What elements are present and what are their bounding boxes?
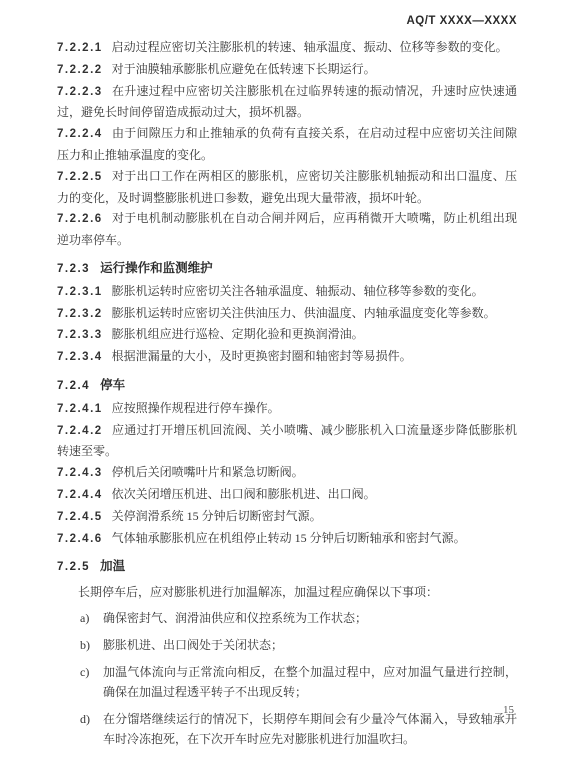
- section-heading-title: 运行操作和监测维护: [100, 261, 213, 275]
- list-item-label: d): [80, 709, 103, 749]
- clause-number: 7.2.4.1: [57, 403, 103, 415]
- clause: 7.2.3.4根据泄漏量的大小，及时更换密封圈和轴密封等易损件。: [57, 346, 517, 368]
- clause: 7.2.3.1膨胀机运转时应密切关注各轴承温度、轴振动、轴位移等参数的变化。: [57, 281, 517, 303]
- clause-text: 由于间隙压力和止推轴承的负荷有直接关系，在启动过程中应密切关注间隙压力和止推轴承…: [57, 126, 517, 162]
- clause-number: 7.2.4.2: [57, 425, 103, 437]
- page-number: 15: [503, 703, 514, 717]
- clause-text: 依次关闭增压机进、出口阀和膨胀机进、出口阀。: [112, 487, 376, 501]
- document-page: AQ/T XXXX—XXXX 7.2.2.1启动过程应密切关注膨胀机的转速、轴承…: [0, 0, 574, 778]
- list-item: a) 确保密封气、润滑油供应和仪控系统为工作状态；: [80, 608, 517, 628]
- clause: 7.2.4.5关停润滑系统 15 分钟后切断密封气源。: [57, 506, 517, 528]
- clause: 7.2.4.1应按照操作规程进行停车操作。: [57, 398, 517, 420]
- section-heading-number: 7.2.3: [57, 263, 90, 275]
- clause-number: 7.2.2.2: [57, 64, 103, 76]
- list-item-text: 确保密封气、润滑油供应和仪控系统为工作状态；: [103, 608, 517, 628]
- clause-number: 7.2.3.2: [57, 308, 103, 320]
- clause: 7.2.4.4依次关闭增压机进、出口阀和膨胀机进、出口阀。: [57, 484, 517, 506]
- clause-number: 7.2.2.5: [57, 171, 103, 183]
- clause: 7.2.2.3在升速过程中应密切关注膨胀机在过临界转速的振动情况，升速时应快速通…: [57, 81, 517, 124]
- section-heading: 7.2.4停车: [57, 375, 517, 397]
- clause-text: 对于电机制动膨胀机在自动合闸并网后，应再稍微开大喷嘴，防止机组出现逆功率停车。: [57, 211, 517, 247]
- clause-number: 7.2.2.1: [57, 42, 103, 54]
- clause: 7.2.4.3停机后关闭喷嘴叶片和紧急切断阀。: [57, 462, 517, 484]
- clause: 7.2.2.5对于出口工作在两相区的膨胀机，应密切关注膨胀机轴振动和出口温度、压…: [57, 166, 517, 209]
- clause-text: 对于出口工作在两相区的膨胀机，应密切关注膨胀机轴振动和出口温度、压力的变化，及时…: [57, 169, 517, 205]
- clause-text: 根据泄漏量的大小，及时更换密封圈和轴密封等易损件。: [112, 349, 412, 363]
- clause: 7.2.3.2膨胀机运转时应密切关注供油压力、供油温度、内轴承温度变化等参数。: [57, 303, 517, 325]
- clause-number: 7.2.4.6: [57, 533, 103, 545]
- section-heading: 7.2.5加温: [57, 556, 517, 578]
- list-item-label: a): [80, 608, 103, 628]
- clause-number: 7.2.4.5: [57, 511, 103, 523]
- clause-number: 7.2.4.4: [57, 489, 103, 501]
- clause-text: 应通过打开增压机回流阀、关小喷嘴、减少膨胀机入口流量逐步降低膨胀机转速至零。: [57, 423, 517, 459]
- list-item: d) 在分馏塔继续运行的情况下，长期停车期间会有少量冷气体漏入，导致轴承开车时冷…: [80, 709, 517, 749]
- clause-number: 7.2.3.1: [57, 286, 103, 298]
- list-item-text: 在分馏塔继续运行的情况下，长期停车期间会有少量冷气体漏入，导致轴承开车时冷冻抱死…: [103, 709, 517, 749]
- section-heading-number: 7.2.4: [57, 380, 90, 392]
- clause: 7.2.3.3膨胀机组应进行巡检、定期化验和更换润滑油。: [57, 324, 517, 346]
- clause-number: 7.2.2.3: [57, 86, 103, 98]
- list-item-text: 加温气体流向与正常流向相反，在整个加温过程中，应对加温气量进行控制，确保在加温过…: [103, 662, 517, 702]
- section-heading: 7.2.3运行操作和监测维护: [57, 258, 517, 280]
- clause-text: 关停润滑系统 15 分钟后切断密封气源。: [112, 509, 322, 523]
- list-intro: 长期停车后，应对膨胀机进行加温解冻，加温过程应确保以下事项：: [57, 582, 517, 603]
- clause-text: 在升速过程中应密切关注膨胀机在过临界转速的振动情况，升速时应快速通过，避免长时间…: [57, 84, 517, 120]
- list-item-label: b): [80, 635, 103, 655]
- clause-number: 7.2.4.3: [57, 467, 103, 479]
- clause: 7.2.2.4由于间隙压力和止推轴承的负荷有直接关系，在启动过程中应密切关注间隙…: [57, 123, 517, 166]
- clause-text: 膨胀机组应进行巡检、定期化验和更换润滑油。: [112, 327, 364, 341]
- list-item: b) 膨胀机进、出口阀处于关闭状态；: [80, 635, 517, 655]
- clause-text: 膨胀机运转时应密切关注供油压力、供油温度、内轴承温度变化等参数。: [112, 306, 496, 320]
- clause: 7.2.2.1启动过程应密切关注膨胀机的转速、轴承温度、振动、位移等参数的变化。: [57, 37, 517, 59]
- list-item-text: 膨胀机进、出口阀处于关闭状态；: [103, 635, 517, 655]
- clause: 7.2.4.2应通过打开增压机回流阀、关小喷嘴、减少膨胀机入口流量逐步降低膨胀机…: [57, 420, 517, 463]
- clause-number: 7.2.2.4: [57, 128, 103, 140]
- clause-text: 膨胀机运转时应密切关注各轴承温度、轴振动、轴位移等参数的变化。: [112, 284, 484, 298]
- clause-number: 7.2.3.3: [57, 329, 103, 341]
- section-heading-title: 加温: [100, 559, 125, 573]
- clause-number: 7.2.3.4: [57, 351, 103, 363]
- doc-header-code: AQ/T XXXX—XXXX: [57, 14, 517, 28]
- clause: 7.2.4.6气体轴承膨胀机应在机组停止转动 15 分钟后切断轴承和密封气源。: [57, 528, 517, 550]
- list-item: c) 加温气体流向与正常流向相反，在整个加温过程中，应对加温气量进行控制，确保在…: [80, 662, 517, 702]
- section-heading-number: 7.2.5: [57, 561, 90, 573]
- clause-text: 停机后关闭喷嘴叶片和紧急切断阀。: [112, 465, 304, 479]
- clause-text: 对于油膜轴承膨胀机应避免在低转速下长期运行。: [112, 62, 376, 76]
- clause: 7.2.2.6对于电机制动膨胀机在自动合闸并网后，应再稍微开大喷嘴，防止机组出现…: [57, 208, 517, 251]
- clause-text: 启动过程应密切关注膨胀机的转速、轴承温度、振动、位移等参数的变化。: [112, 40, 508, 54]
- clause-number: 7.2.2.6: [57, 213, 103, 225]
- clause-text: 气体轴承膨胀机应在机组停止转动 15 分钟后切断轴承和密封气源。: [112, 531, 466, 545]
- clause: 7.2.2.2对于油膜轴承膨胀机应避免在低转速下长期运行。: [57, 59, 517, 81]
- clause-text: 应按照操作规程进行停车操作。: [112, 401, 280, 415]
- section-heading-title: 停车: [100, 378, 125, 392]
- lettered-list: a) 确保密封气、润滑油供应和仪控系统为工作状态； b) 膨胀机进、出口阀处于关…: [80, 608, 517, 749]
- list-item-label: c): [80, 662, 103, 702]
